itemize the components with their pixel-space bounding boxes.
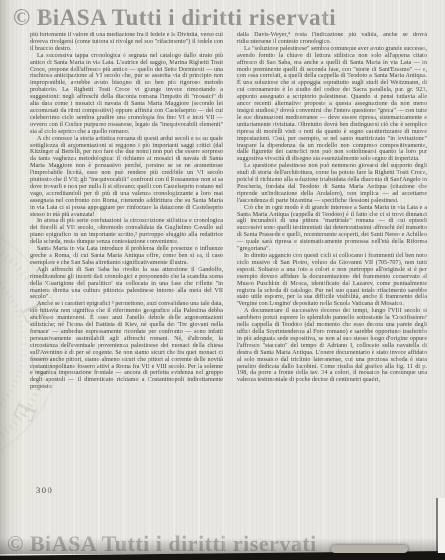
paragraph: più fortemente il valore di una mediazio…	[30, 32, 223, 53]
paragraph: A documentare il successivo decorso dei …	[237, 308, 427, 384]
page-edge-strip	[438, 498, 445, 553]
paragraph: Ciò che in ogni modo è di grande interes…	[237, 205, 427, 253]
paragraph: A chi conosce la storia artistica romana…	[30, 136, 223, 219]
paragraph: Agli affreschi di San Saba ha rivolto la…	[30, 267, 223, 302]
scanned-document-page: © BiASA Tutti i diritti riservati E D E …	[0, 0, 445, 560]
text-column-left: più fortemente il valore di una mediazio…	[30, 32, 223, 479]
paragraph: La "soluzione palestinese" sembra comunq…	[237, 46, 427, 163]
copyright-watermark-top: © BiASA Tutti i diritti riservati	[13, 5, 336, 31]
text-column-right: dalla Davis-Weyer,⁴ resta l'indicazione …	[237, 32, 427, 491]
paragraph: In diretto aggancio con questi cicli si …	[237, 253, 427, 308]
paragraph: In attesa di più serie confutazioni la c…	[30, 218, 223, 246]
paragraph: Santa Maria in via Lata introduce il pro…	[30, 246, 223, 267]
paragraph: La questione palestinese non può nemmeno…	[237, 163, 427, 204]
paragraph: La successiva tappa cronologica è segnat…	[30, 53, 223, 136]
paragraph: dalla Davis-Weyer,⁴ resta l'indicazione …	[237, 32, 427, 46]
paragraph: Anche se i caratteri epigrafici ³ permet…	[30, 301, 223, 391]
scan-reflection-blob	[331, 545, 408, 553]
page-number: 300	[36, 485, 53, 495]
page-edge-line	[436, 498, 438, 553]
